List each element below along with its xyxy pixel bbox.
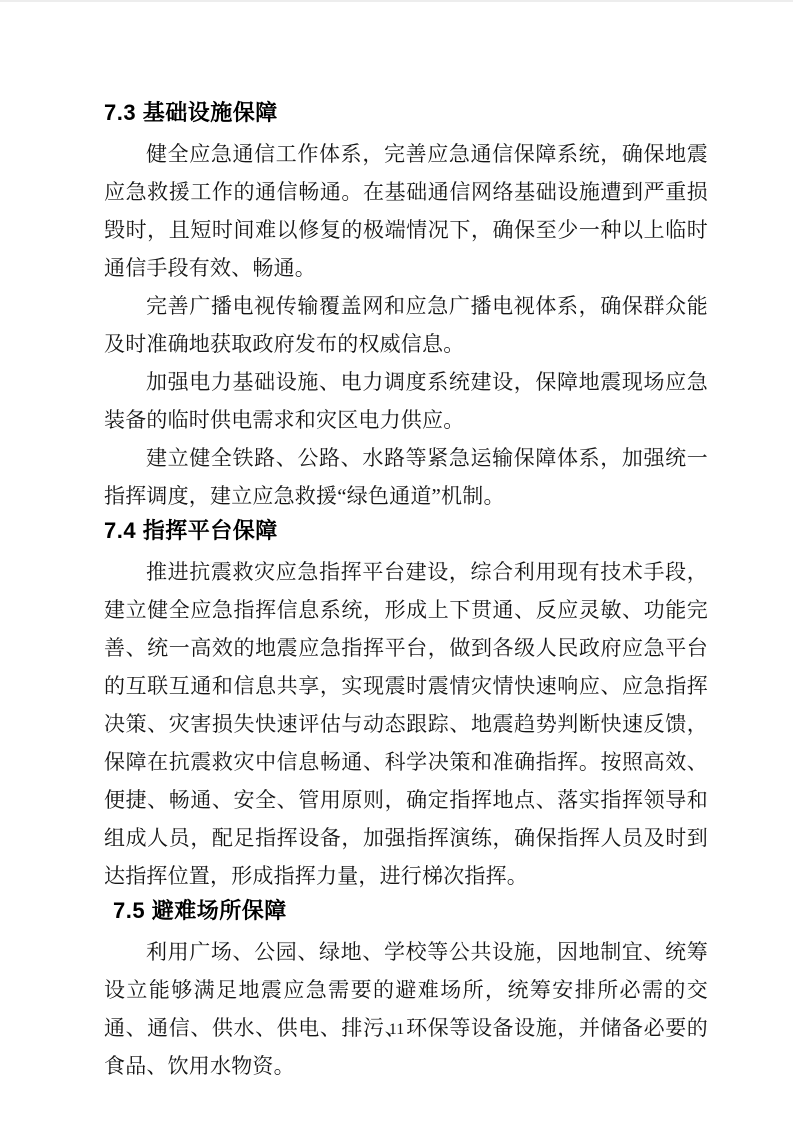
document-page: 7.3 基础设施保障 健全应急通信工作体系，完善应急通信保障系统，确保地震应急救… [0, 0, 793, 1122]
paragraph: 推进抗震救灾应急指挥平台建设，综合利用现有技术手段，建立健全应急指挥信息系统，形… [104, 553, 708, 895]
section-heading-7-3: 7.3 基础设施保障 [104, 97, 708, 129]
paragraph: 利用广场、公园、绿地、学校等公共设施，因地制宜、统筹设立能够满足地震应急需要的避… [104, 933, 708, 1085]
page-number: 11 [0, 1020, 793, 1040]
paragraph: 加强电力基础设施、电力调度系统建设，保障地震现场应急装备的临时供电需求和灾区电力… [104, 363, 708, 439]
paragraph: 完善广播电视传输覆盖网和应急广播电视体系，确保群众能及时准确地获取政府发布的权威… [104, 287, 708, 363]
paragraph: 健全应急通信工作体系，完善应急通信保障系统，确保地震应急救援工作的通信畅通。在基… [104, 135, 708, 287]
section-infrastructure-support: 7.3 基础设施保障 健全应急通信工作体系，完善应急通信保障系统，确保地震应急救… [104, 97, 708, 515]
paragraph: 建立健全铁路、公路、水路等紧急运输保障体系，加强统一指挥调度，建立应急救援“绿色… [104, 439, 708, 515]
section-heading-7-5: 7.5 避难场所保障 [104, 895, 708, 927]
section-heading-7-4: 7.4 指挥平台保障 [104, 515, 708, 547]
section-shelter-support: 7.5 避难场所保障 利用广场、公园、绿地、学校等公共设施，因地制宜、统筹设立能… [104, 895, 708, 1085]
section-command-platform-support: 7.4 指挥平台保障 推进抗震救灾应急指挥平台建设，综合利用现有技术手段，建立健… [104, 515, 708, 895]
